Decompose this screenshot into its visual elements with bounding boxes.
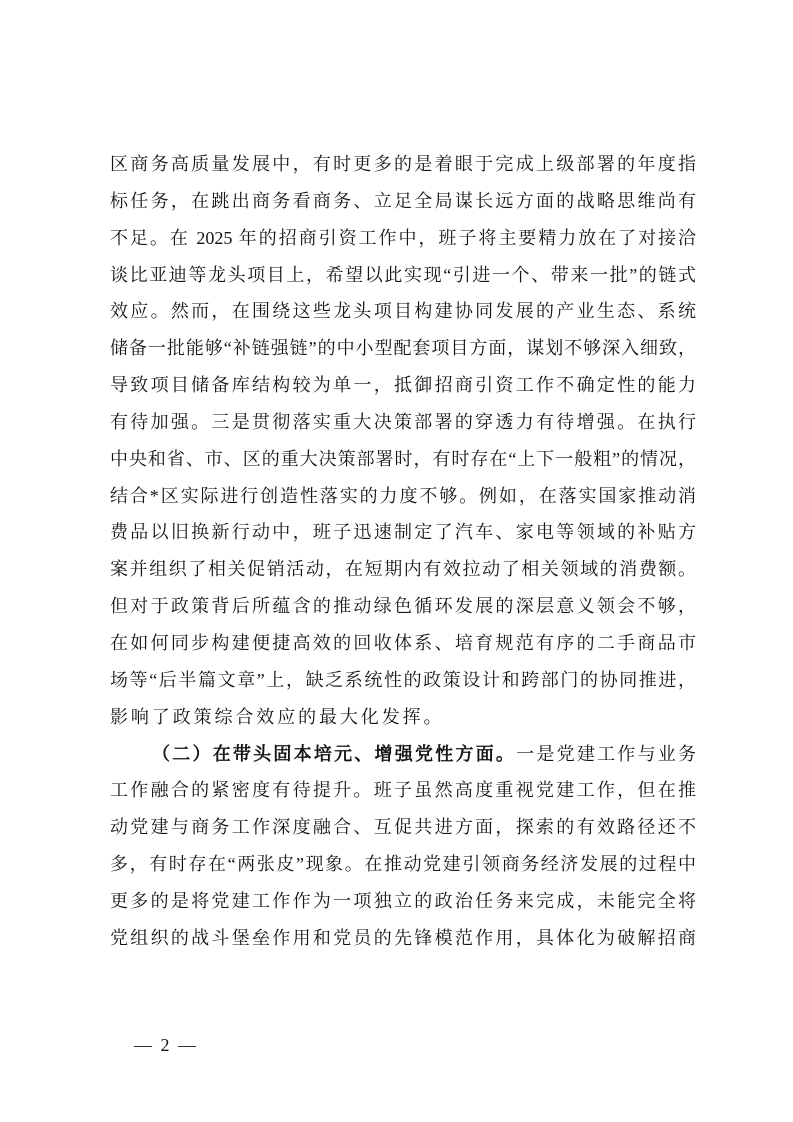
- text-line: 在如何同步构建便捷高效的回收体系、培育规范有序的二手商品市: [110, 625, 696, 662]
- text-line: 案并组织了相关促销活动，在短期内有效拉动了相关领域的消费额。: [110, 551, 696, 588]
- text-line: 场等“后半篇文章”上，缺乏系统性的政策设计和跨部门的协同推进，: [110, 662, 696, 699]
- text-line: 动党建与商务工作深度融合、互促共进方面，探索的有效路径还不: [110, 809, 696, 846]
- page-number: — 2 —: [134, 1033, 198, 1057]
- text-line: 谈比亚迪等龙头项目上，希望以此实现“引进一个、带来一批”的链式: [110, 257, 696, 294]
- text-line: 标任务，在跳出商务看商务、立足全局谋长远方面的战略思维尚有: [110, 183, 696, 220]
- text-line: 工作融合的紧密度有待提升。班子虽然高度重视党建工作，但在推: [110, 772, 696, 809]
- text-line: 结合*区实际进行创造性落实的力度不够。例如，在落实国家推动消: [110, 478, 696, 515]
- text-line: 党组织的战斗堡垒作用和党员的先锋模范作用，具体化为破解招商: [110, 920, 696, 957]
- text-line: 不足。在 2025 年的招商引资工作中，班子将主要精力放在了对接洽: [110, 220, 696, 257]
- text-line: 中央和省、市、区的重大决策部署时，有时存在“上下一般粗”的情况，: [110, 441, 696, 478]
- text-line: 有待加强。三是贯彻落实重大决策部署的穿透力有待增强。在执行: [110, 404, 696, 441]
- text-line: 但对于政策背后所蕴含的推动绿色循环发展的深层意义领会不够，: [110, 588, 696, 625]
- text-line: 更多的是将党建工作作为一项独立的政治任务来完成，未能完全将: [110, 883, 696, 920]
- text-run: 一是党建工作与业务: [516, 744, 696, 764]
- section-heading: （二）在带头固本培元、增强党性方面。: [152, 744, 516, 764]
- text-line: 多，有时存在“两张皮”现象。在推动党建引领商务经济发展的过程中: [110, 846, 696, 883]
- paragraph-1: 区商务高质量发展中，有时更多的是着眼于完成上级部署的年度指 标任务，在跳出商务看…: [110, 146, 696, 736]
- body-text: 区商务高质量发展中，有时更多的是着眼于完成上级部署的年度指 标任务，在跳出商务看…: [110, 146, 696, 957]
- text-line-first: （二）在带头固本培元、增强党性方面。一是党建工作与业务: [110, 736, 696, 773]
- text-line: 费品以旧换新行动中，班子迅速制定了汽车、家电等领域的补贴方: [110, 514, 696, 551]
- document-page: 区商务高质量发展中，有时更多的是着眼于完成上级部署的年度指 标任务，在跳出商务看…: [0, 0, 793, 1122]
- text-line-last: 影响了政策综合效应的最大化发挥。: [110, 699, 696, 736]
- text-line: 导致项目储备库结构较为单一，抵御招商引资工作不确定性的能力: [110, 367, 696, 404]
- text-line: 效应。然而，在围绕这些龙头项目构建协同发展的产业生态、系统: [110, 293, 696, 330]
- text-line: 储备一批能够“补链强链”的中小型配套项目方面，谋划不够深入细致，: [110, 330, 696, 367]
- text-line: 区商务高质量发展中，有时更多的是着眼于完成上级部署的年度指: [110, 146, 696, 183]
- paragraph-2: （二）在带头固本培元、增强党性方面。一是党建工作与业务 工作融合的紧密度有待提升…: [110, 736, 696, 957]
